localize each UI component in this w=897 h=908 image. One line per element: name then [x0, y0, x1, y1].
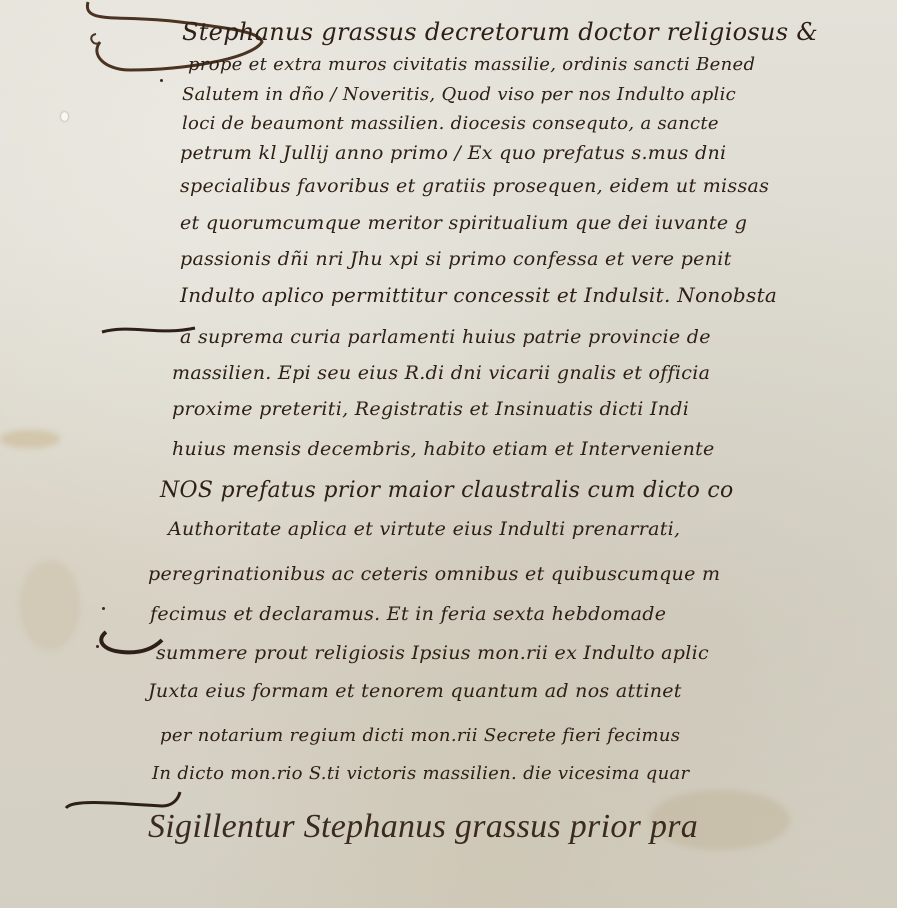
manuscript-line: specialibus favoribus et gratiis prosequ…: [180, 175, 769, 197]
manuscript-line: a suprema curia parlamenti huius patrie …: [180, 326, 711, 348]
water-stain: [20, 560, 80, 650]
manuscript-line: In dicto mon.rio S.ti victoris massilien…: [152, 763, 689, 784]
ink-dot: [102, 607, 105, 610]
manuscript-line: Salutem in dño / Noveritis, Quod viso pe…: [182, 84, 736, 105]
manuscript-line: prope et extra muros civitatis massilie,…: [188, 54, 755, 75]
manuscript-line: passionis dñi nri Jhu xpi si primo confe…: [180, 248, 732, 270]
signature: Sigillentur Stephanus grassus prior pra: [148, 808, 698, 846]
manuscript-line: huius mensis decembris, habito etiam et …: [172, 438, 715, 460]
manuscript-line: Indulto aplico permittitur concessit et …: [180, 283, 777, 307]
manuscript-line: summere prout religiosis Ipsius mon.rii …: [156, 642, 709, 664]
manuscript-line: loci de beaumont massilien. diocesis con…: [182, 113, 719, 134]
manuscript-line: Authoritate aplica et virtute eius Indul…: [168, 518, 680, 540]
manuscript-line: Juxta eius formam et tenorem quantum ad …: [148, 680, 682, 702]
pinhole: [61, 112, 68, 121]
manuscript-line: massilien. Epi seu eius R.di dni vicarii…: [172, 362, 710, 384]
water-stain: [0, 430, 60, 448]
manuscript-line: proxime preteriti, Registratis et Insinu…: [172, 398, 689, 420]
manuscript-line: NOS prefatus prior maior claustralis cum…: [160, 478, 734, 503]
manuscript-line: fecimus et declaramus. Et in feria sexta…: [150, 603, 666, 625]
manuscript-line: Stephanus grassus decretorum doctor reli…: [182, 18, 818, 46]
manuscript-line: per notarium regium dicti mon.rii Secret…: [160, 725, 680, 746]
manuscript-page: Stephanus grassus decretorum doctor reli…: [0, 0, 897, 908]
manuscript-line: petrum kl Jullij anno primo / Ex quo pre…: [180, 142, 726, 164]
manuscript-line: peregrinationibus ac ceteris omnibus et …: [148, 563, 720, 585]
manuscript-line: et quorumcumque meritor spiritualium que…: [180, 212, 747, 234]
